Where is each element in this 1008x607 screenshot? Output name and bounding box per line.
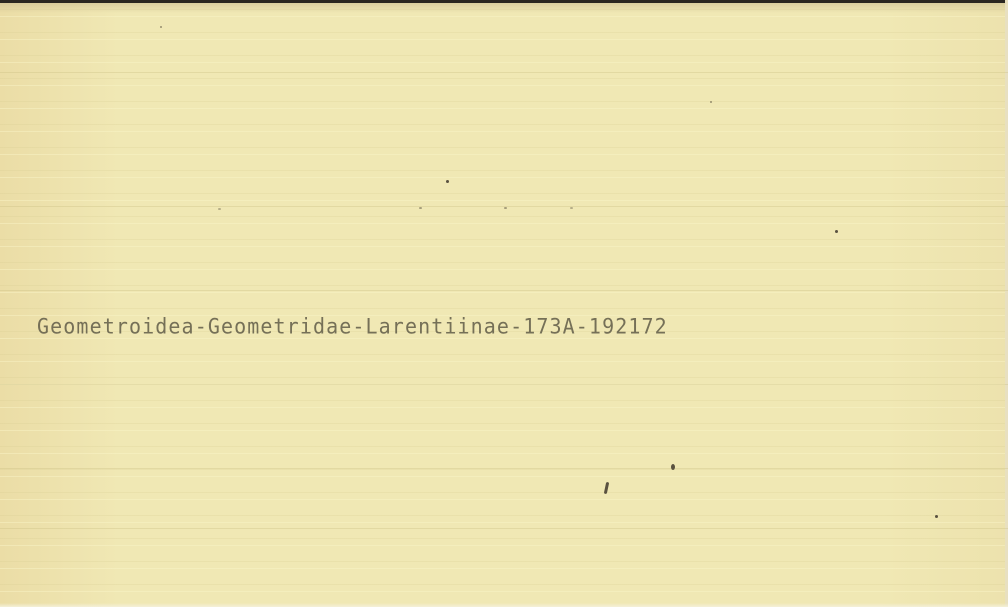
dust-speck: [835, 230, 838, 233]
dust-speck: [710, 101, 712, 103]
ruled-line: [0, 528, 1008, 529]
ruled-line: [0, 384, 1008, 385]
ruled-line: [0, 290, 1008, 291]
ink-mark: [671, 464, 675, 470]
dust-speck: [160, 26, 162, 28]
dust-speck: [419, 207, 422, 209]
dust-speck: [935, 515, 938, 518]
dust-speck: [446, 180, 449, 183]
ink-mark: [604, 482, 609, 494]
dust-speck: [570, 207, 573, 209]
card-top-shadow: [0, 3, 1008, 13]
dust-speck: [504, 207, 507, 209]
card-bottom-edge: [0, 603, 1008, 607]
specimen-label: Geometroidea-Geometridae-Larentiinae-173…: [37, 313, 668, 339]
ruled-line: [0, 468, 1008, 469]
dust-speck: [218, 208, 221, 210]
ruled-line: [0, 72, 1008, 73]
index-card: Geometroidea-Geometridae-Larentiinae-173…: [0, 0, 1008, 607]
